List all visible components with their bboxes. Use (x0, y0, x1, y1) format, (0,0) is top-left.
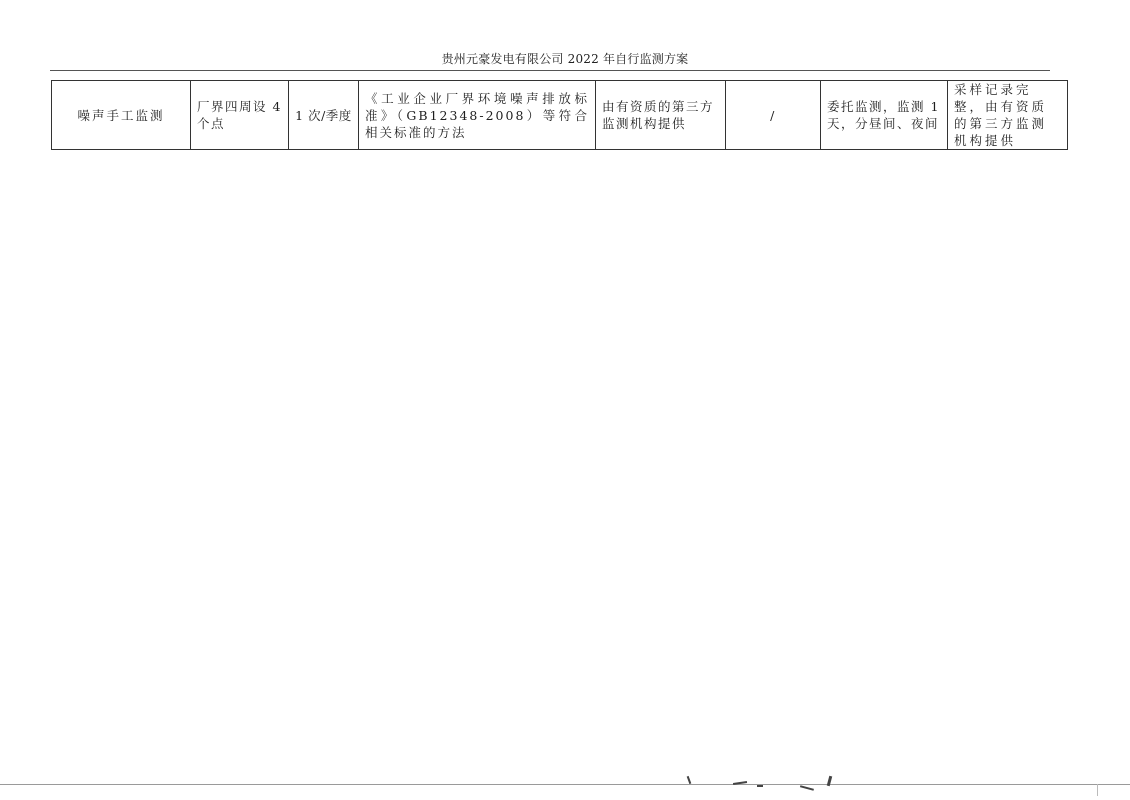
footer-rule (0, 784, 1130, 785)
cell-frequency: 1 次/季度 (289, 81, 359, 150)
cell-limit: / (726, 81, 821, 150)
cell-mode: 委托监测，监测 1 天，分昼间、夜间 (821, 81, 948, 150)
cell-method: 《工业企业厂界环境噪声排放标准》（GB12348-2008）等符合相关标准的方法 (359, 81, 596, 150)
cell-quality-assurance: 采样记录完整，由有资质的第三方监测机构提供 (948, 81, 1068, 150)
cell-location: 厂界四周设 4 个点 (191, 81, 289, 150)
footer-tick (1097, 784, 1098, 796)
signature-stroke (757, 785, 763, 787)
cell-instrument: 由有资质的第三方监测机构提供 (596, 81, 726, 150)
monitoring-table: 噪声手工监测 厂界四周设 4 个点 1 次/季度 《工业企业厂界环境噪声排放标准… (51, 80, 1068, 150)
header-rule (50, 70, 1050, 71)
page-header-title: 贵州元豪发电有限公司 2022 年自行监测方案 (0, 50, 1130, 67)
signature-stroke (800, 785, 814, 790)
cell-monitoring-item: 噪声手工监测 (52, 81, 191, 150)
signature-stroke (687, 776, 692, 784)
table-row: 噪声手工监测 厂界四周设 4 个点 1 次/季度 《工业企业厂界环境噪声排放标准… (52, 81, 1068, 150)
